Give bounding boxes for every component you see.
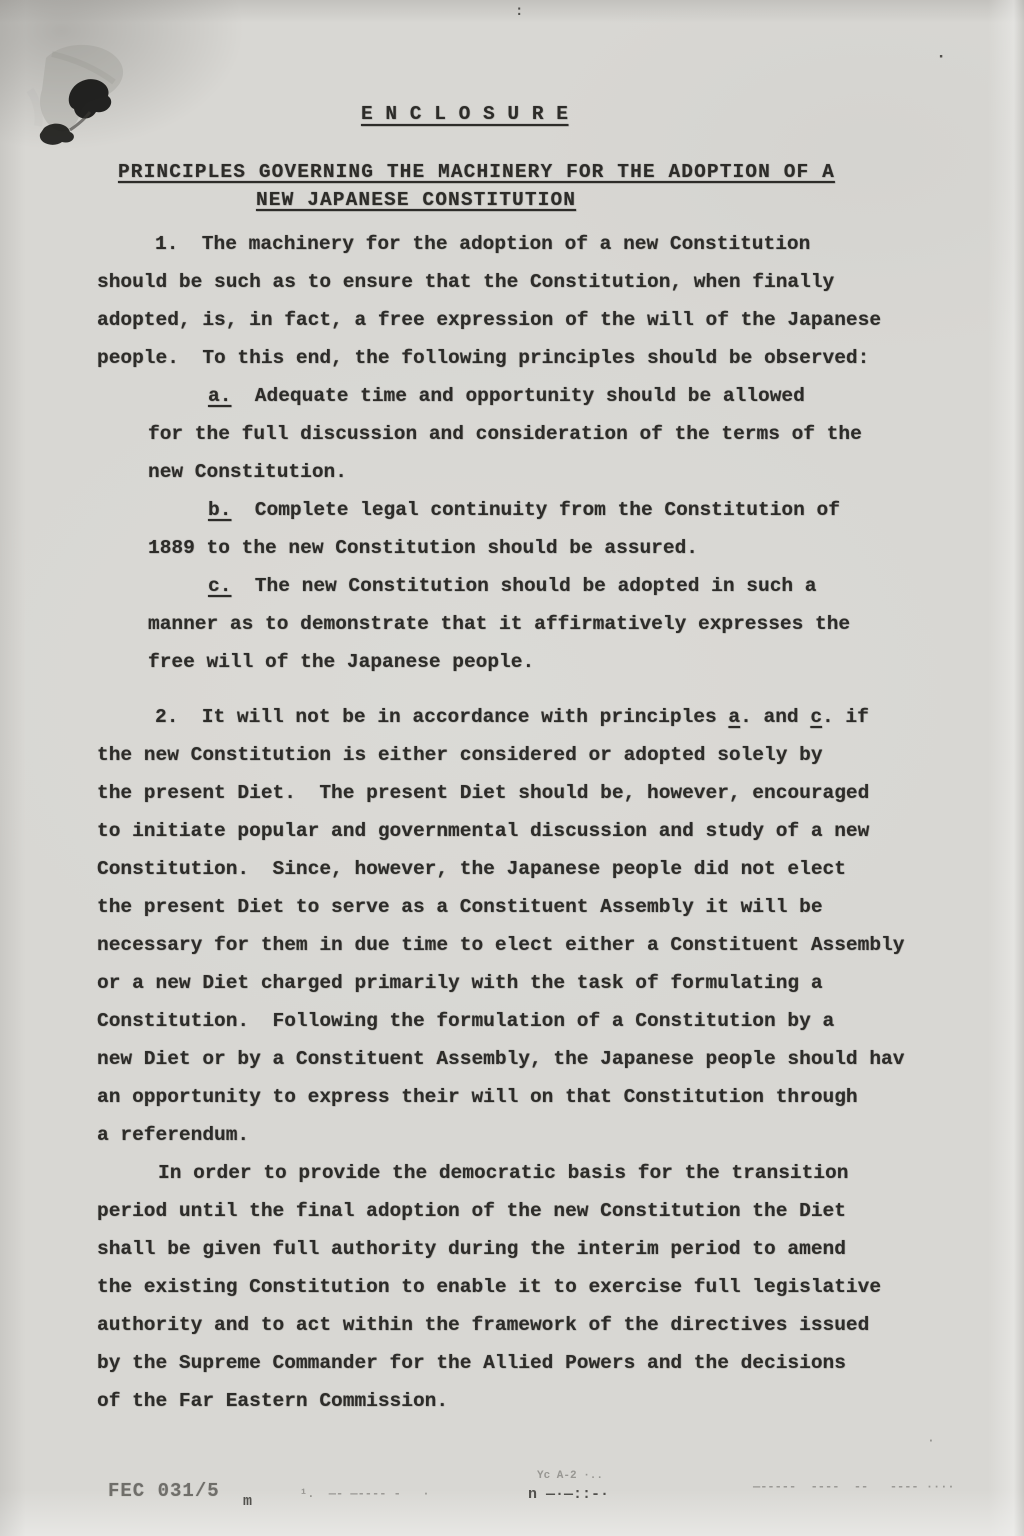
ink-blot-stain bbox=[18, 30, 168, 170]
text-segment: to initiate popular and governmental dis… bbox=[97, 820, 869, 842]
text-segment: Constitution. Since, however, the Japane… bbox=[97, 858, 846, 880]
scanned-document-page: E N C L O S U R E PRINCIPLES GOVERNING T… bbox=[0, 0, 1024, 1536]
scan-smudge-mark: —----- ---- -- ---- ···· bbox=[753, 1480, 955, 1494]
text-line: c. The new Constitution should be adopte… bbox=[0, 567, 1024, 605]
scan-smudge-mark: ¹. —- —---- - · bbox=[300, 1487, 430, 1501]
underlined-item-label: b. bbox=[208, 499, 231, 521]
text-line: of the Far Eastern Commission. bbox=[0, 1382, 1024, 1420]
text-line: adopted, is, in fact, a free expression … bbox=[0, 301, 1024, 339]
text-segment: shall be given full authority during the… bbox=[97, 1238, 846, 1260]
document-title-line2: NEW JAPANESE CONSTITUTION bbox=[256, 189, 576, 211]
scan-smudge-mark: Yc A-2 ·.. bbox=[537, 1470, 603, 1482]
text-segment: should be such as to ensure that the Con… bbox=[97, 271, 834, 293]
text-segment: period until the final adoption of the n… bbox=[97, 1200, 846, 1222]
scan-smudge-mark: : bbox=[515, 4, 523, 20]
text-segment: Complete legal continuity from the Const… bbox=[231, 499, 840, 521]
text-line: the present Diet. The present Diet shoul… bbox=[0, 774, 1024, 812]
document-body: 1. The machinery for the adoption of a n… bbox=[0, 225, 1024, 1420]
scan-smudge-mark: n —·—::-· bbox=[528, 1486, 609, 1503]
text-segment: adopted, is, in fact, a free expression … bbox=[97, 309, 881, 331]
document-number-stamp: FEC 031/5 bbox=[108, 1480, 220, 1502]
underlined-item-label: a bbox=[728, 706, 740, 728]
text-line: by the Supreme Commander for the Allied … bbox=[0, 1344, 1024, 1382]
text-segment: Constitution. Following the formulation … bbox=[97, 1010, 834, 1032]
text-line: shall be given full authority during the… bbox=[0, 1230, 1024, 1268]
text-segment: 2. It will not be in accordance with pri… bbox=[155, 706, 728, 728]
text-segment: for the full discussion and consideratio… bbox=[148, 423, 862, 445]
text-segment: . and bbox=[740, 706, 810, 728]
text-line: a. Adequate time and opportunity should … bbox=[0, 377, 1024, 415]
text-segment: The new Constitution should be adopted i… bbox=[231, 575, 816, 597]
underlined-item-label: a. bbox=[208, 385, 231, 407]
text-line: Constitution. Since, however, the Japane… bbox=[0, 850, 1024, 888]
text-segment: the present Diet. The present Diet shoul… bbox=[97, 782, 869, 804]
text-segment: the existing Constitution to enable it t… bbox=[97, 1276, 881, 1298]
text-segment: or a new Diet charged primarily with the… bbox=[97, 972, 823, 994]
text-segment: by the Supreme Commander for the Allied … bbox=[97, 1352, 846, 1374]
text-line: necessary for them in due time to elect … bbox=[0, 926, 1024, 964]
text-segment: people. To this end, the following princ… bbox=[97, 347, 869, 369]
text-line: 1889 to the new Constitution should be a… bbox=[0, 529, 1024, 567]
text-line: manner as to demonstrate that it affirma… bbox=[0, 605, 1024, 643]
text-segment: manner as to demonstrate that it affirma… bbox=[148, 613, 850, 635]
underlined-item-label: c bbox=[810, 706, 822, 728]
enclosure-heading: E N C L O S U R E bbox=[361, 103, 568, 125]
text-line: to initiate popular and governmental dis… bbox=[0, 812, 1024, 850]
text-line: an opportunity to express their will on … bbox=[0, 1078, 1024, 1116]
scan-smudge-mark: m bbox=[243, 1493, 252, 1510]
text-line: new Diet or by a Constituent Assembly, t… bbox=[0, 1040, 1024, 1078]
text-segment: an opportunity to express their will on … bbox=[97, 1086, 858, 1108]
text-line: authority and to act within the framewor… bbox=[0, 1306, 1024, 1344]
text-line: the existing Constitution to enable it t… bbox=[0, 1268, 1024, 1306]
text-segment: new Diet or by a Constituent Assembly, t… bbox=[97, 1048, 904, 1070]
text-segment: the new Constitution is either considere… bbox=[97, 744, 823, 766]
text-line: 1. The machinery for the adoption of a n… bbox=[0, 225, 1024, 263]
text-line: b. Complete legal continuity from the Co… bbox=[0, 491, 1024, 529]
text-line: people. To this end, the following princ… bbox=[0, 339, 1024, 377]
text-segment: . if bbox=[822, 706, 869, 728]
scan-smudge-mark: · bbox=[936, 48, 946, 67]
scan-smudge-mark: · bbox=[927, 1433, 935, 1448]
text-segment: In order to provide the democratic basis… bbox=[158, 1162, 848, 1184]
text-segment: the present Diet to serve as a Constitue… bbox=[97, 896, 823, 918]
text-segment: new Constitution. bbox=[148, 461, 347, 483]
text-line: 2. It will not be in accordance with pri… bbox=[0, 698, 1024, 736]
text-line: the present Diet to serve as a Constitue… bbox=[0, 888, 1024, 926]
text-segment: free will of the Japanese people. bbox=[148, 651, 534, 673]
text-line: a referendum. bbox=[0, 1116, 1024, 1154]
text-segment: a referendum. bbox=[97, 1124, 249, 1146]
text-line: new Constitution. bbox=[0, 453, 1024, 491]
text-segment: Adequate time and opportunity should be … bbox=[231, 385, 804, 407]
text-line: for the full discussion and consideratio… bbox=[0, 415, 1024, 453]
text-line: In order to provide the democratic basis… bbox=[0, 1154, 1024, 1192]
text-segment: necessary for them in due time to elect … bbox=[97, 934, 904, 956]
text-line: Constitution. Following the formulation … bbox=[0, 1002, 1024, 1040]
text-segment: 1. The machinery for the adoption of a n… bbox=[155, 233, 810, 255]
text-line: period until the final adoption of the n… bbox=[0, 1192, 1024, 1230]
underlined-item-label: c. bbox=[208, 575, 231, 597]
document-title-line1: PRINCIPLES GOVERNING THE MACHINERY FOR T… bbox=[118, 161, 835, 183]
text-segment: 1889 to the new Constitution should be a… bbox=[148, 537, 698, 559]
text-segment: of the Far Eastern Commission. bbox=[97, 1390, 448, 1412]
text-line: free will of the Japanese people. bbox=[0, 643, 1024, 681]
text-line: or a new Diet charged primarily with the… bbox=[0, 964, 1024, 1002]
text-segment: authority and to act within the framewor… bbox=[97, 1314, 869, 1336]
text-line: should be such as to ensure that the Con… bbox=[0, 263, 1024, 301]
text-line: the new Constitution is either considere… bbox=[0, 736, 1024, 774]
scan-layer: E N C L O S U R E PRINCIPLES GOVERNING T… bbox=[0, 0, 1024, 1536]
